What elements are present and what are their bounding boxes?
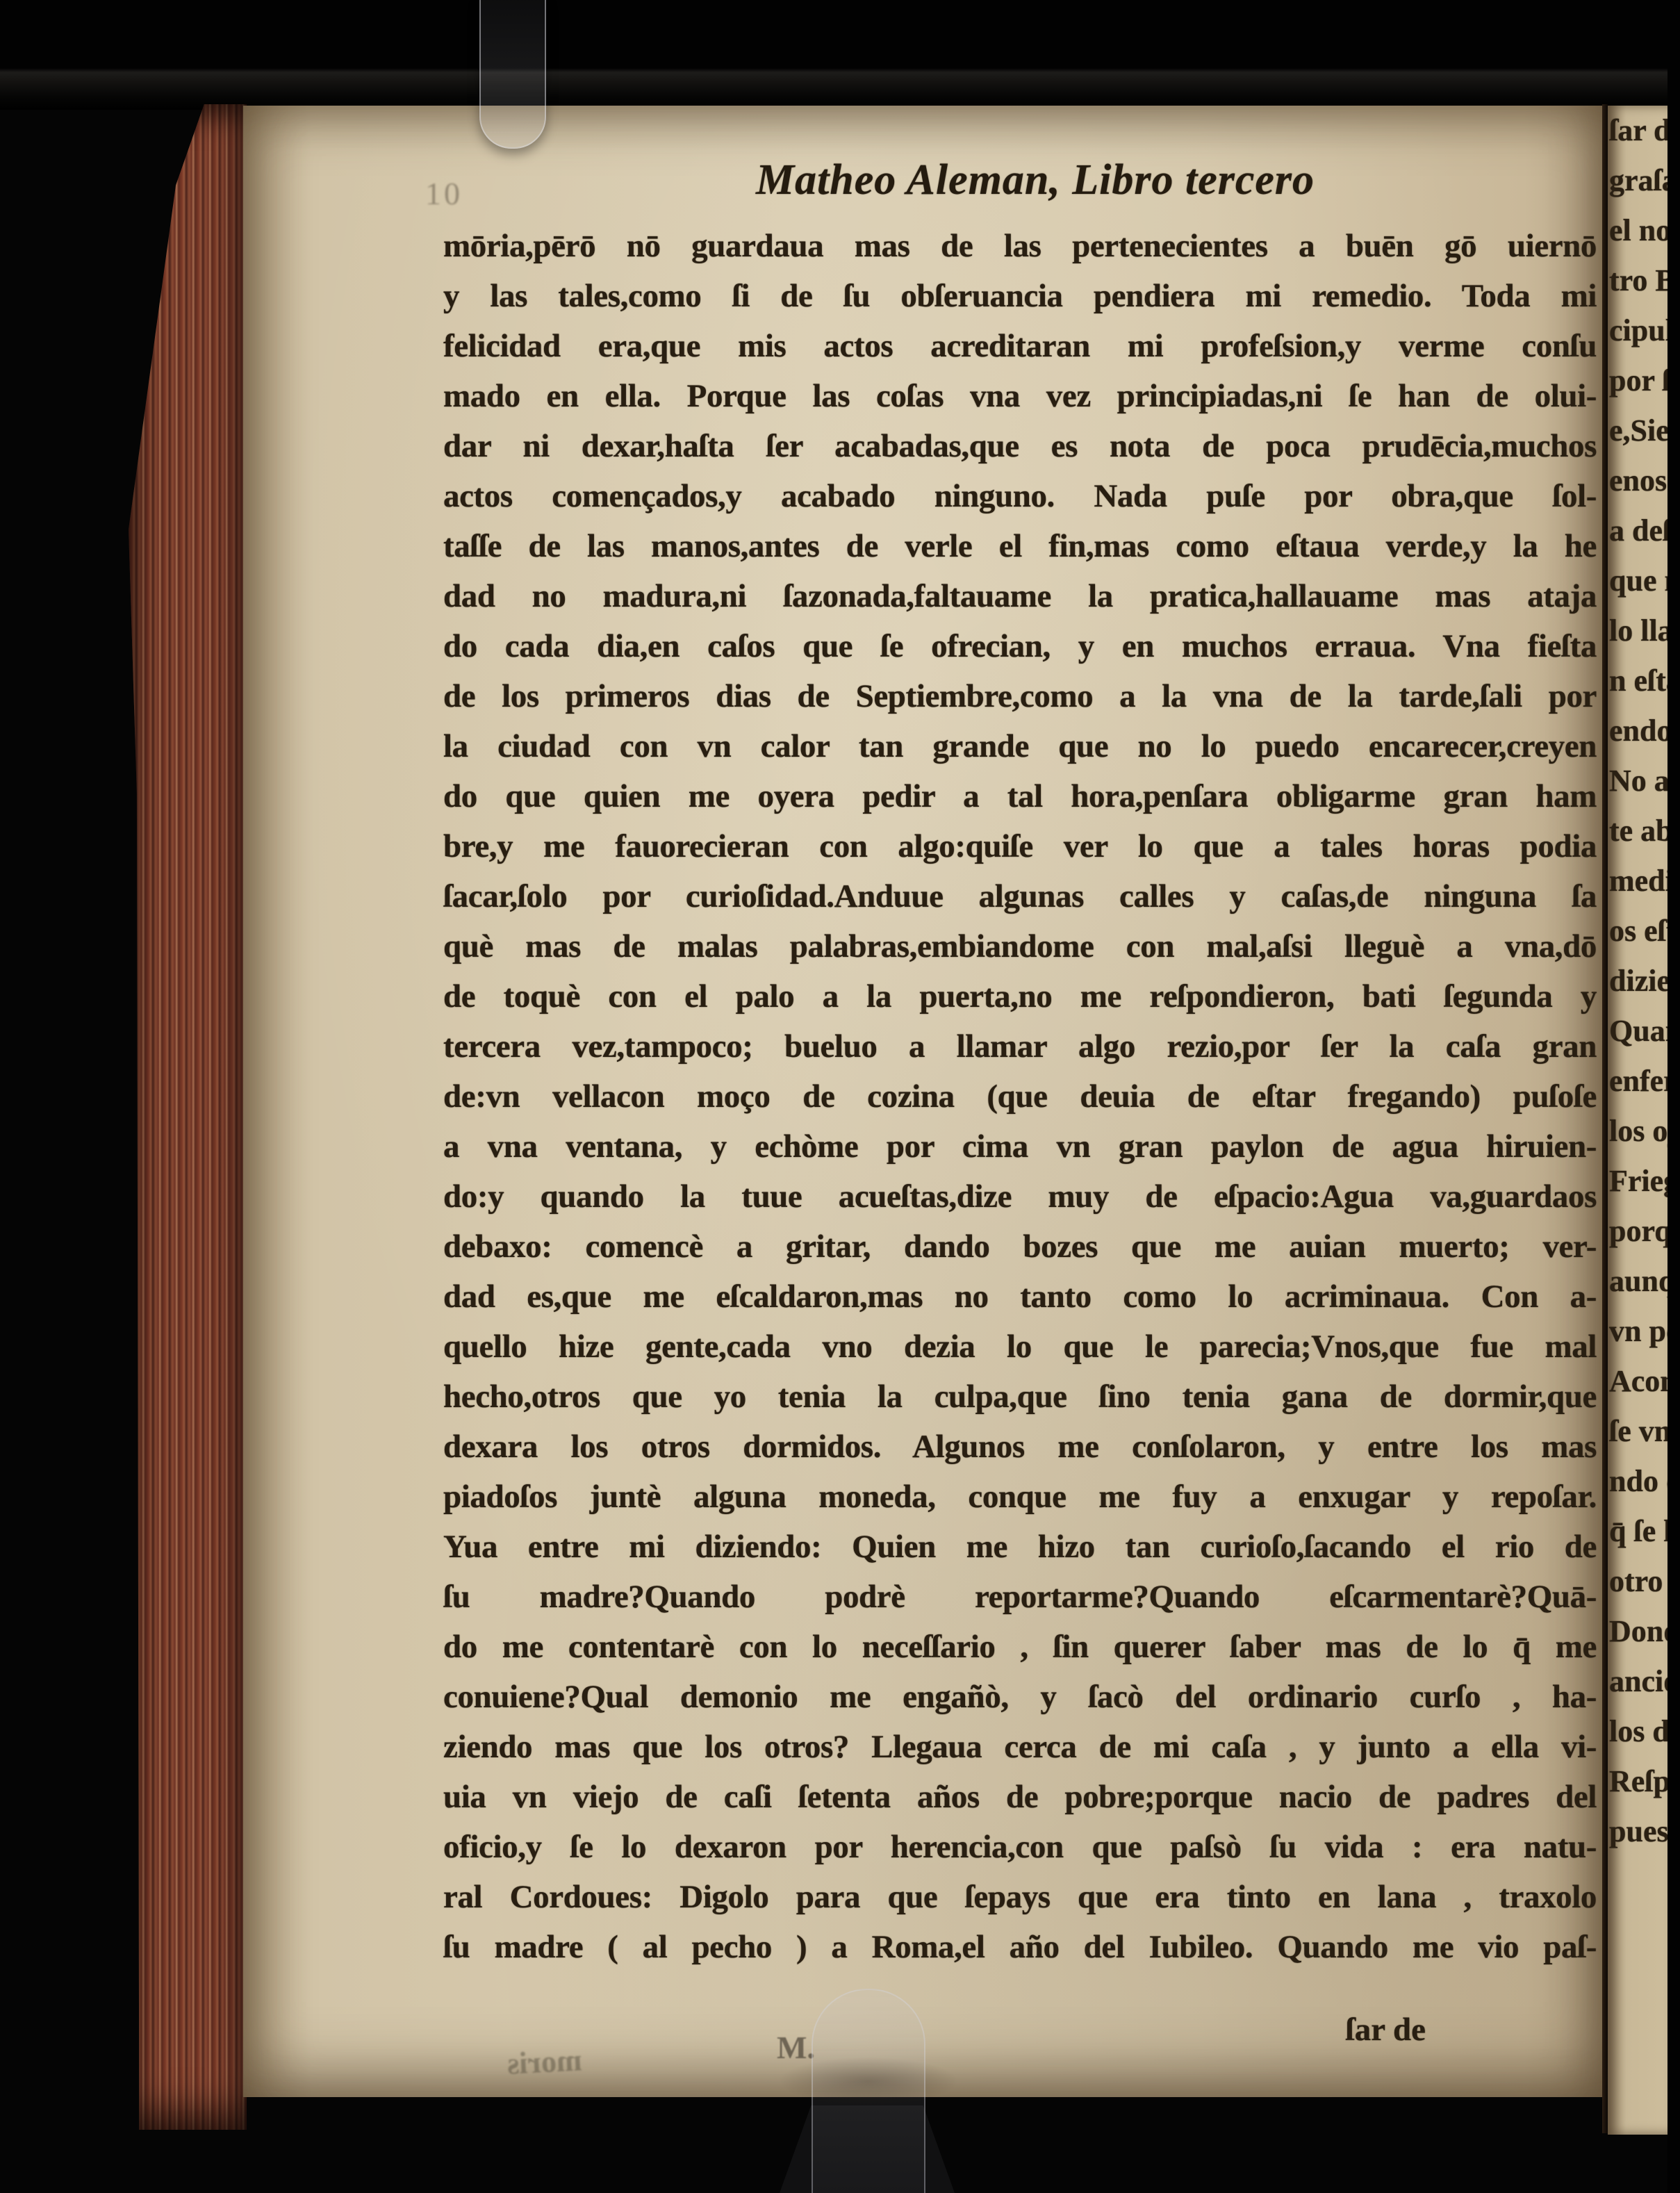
facing-page-text-fragment: porque no <box>1608 1206 1669 1256</box>
body-text-line: ſu madre?Quando podrè reportarme?Quando … <box>443 1572 1597 1622</box>
body-text-line: dad es,que me eſcaldaron,mas no tanto co… <box>443 1272 1597 1322</box>
body-text-line: piadoſos juntè alguna moneda, conque me … <box>443 1472 1597 1522</box>
facing-page-text-fragment: endo tiemp <box>1608 706 1669 756</box>
red-page-edge-stack <box>129 104 247 2130</box>
catchword: ſar de <box>1346 2011 1426 2048</box>
facing-page-text-fragment: lo llamán <box>1608 606 1669 656</box>
body-text-line: la ciudad con vn calor tan grande que no… <box>443 721 1597 771</box>
facing-page-text-fragment: los difuntos <box>1608 1707 1669 1757</box>
facing-page-text-fragment: que nadi <box>1608 556 1669 606</box>
body-text-line: do cada dia,en caſos que ſe ofrecian, y … <box>443 621 1597 671</box>
body-text-line: y las tales,como ſi de ſu obſeruancia pe… <box>443 271 1597 321</box>
facing-page-text-fragment: No abras p <box>1608 756 1669 806</box>
facing-page-sliver: ſar de aquegraſa,berçael no podiatro Ben… <box>1608 106 1669 2135</box>
facing-page-text-fragment: q̄ ſe las li <box>1608 1506 1669 1557</box>
facing-page-text-fragment: aunque ſea ſo <box>1608 1256 1669 1306</box>
body-text-line: mōria,pērō nō guardaua mas de las perten… <box>443 221 1597 271</box>
page-gutter-shadow <box>1602 104 1608 2133</box>
body-text-line: taſſe de las manos,antes de verle el fin… <box>443 521 1597 571</box>
body-text-line: hecho,otros que yo tenia la culpa,que ſi… <box>443 1372 1597 1422</box>
facing-page-text-fragment: te abriendo <box>1608 806 1669 856</box>
body-text-line: quello hize gente,cada vno dezia lo que … <box>443 1322 1597 1372</box>
body-text-line: a vna ventana, y echòme por cima vn gran… <box>443 1122 1597 1172</box>
facing-page-text-fragment: ndo que es <box>1608 1456 1669 1506</box>
body-text-line: ſacar,ſolo por curioſidad.Anduue algunas… <box>443 871 1597 921</box>
body-text-line: do:y quando la tuue acueſtas,dize muy de… <box>443 1172 1597 1222</box>
running-header: Matheo Aleman, Libro tercero <box>479 156 1591 205</box>
facing-page-text-fragment: graſa,berça <box>1608 156 1669 206</box>
body-text-line: oficio,y ſe lo dexaron por herencia,con … <box>443 1822 1597 1872</box>
facing-page-text-fragment: a deſaco <box>1608 506 1669 556</box>
facing-page-text-fragment: Reſpond <box>1608 1757 1669 1807</box>
body-text-line: dad no madura,ni ſazonada,faltauame la p… <box>443 571 1597 621</box>
facing-page-text-fragment: ſar de aque <box>1608 106 1669 156</box>
body-text-line: de toquè con el palo a la puerta,no me r… <box>443 971 1597 1021</box>
body-text-line: ral Cordoues: Digolo para que ſepays que… <box>443 1872 1597 1922</box>
facing-page-text-fragment: ancion,cr <box>1608 1657 1669 1707</box>
marbled-cover-edge <box>61 104 138 2140</box>
facing-page-text-fragment: por ſer de m <box>1608 356 1669 406</box>
facing-page-text-fragment: e,Sientate <box>1608 406 1669 456</box>
facing-page-text-fragment: media nalg <box>1608 856 1669 906</box>
facing-page-text-fragment: enos en l <box>1608 456 1669 506</box>
facing-page-text-fragment: enfermo,aun <box>1608 1056 1669 1106</box>
body-text-block: mōria,pērō nō guardaua mas de las perten… <box>443 221 1597 1972</box>
body-text-line: ziendo mas que los otros? Llegaua cerca … <box>443 1722 1597 1772</box>
body-text-line: dexara los otros dormidos. Algunos me co… <box>443 1422 1597 1472</box>
facing-page-text-fragment: vn pobre mas <box>1608 1306 1669 1356</box>
body-text-line: actos començados,y acabado ninguno. Nada… <box>443 471 1597 521</box>
facing-page-text-fragment: tro Beniti <box>1608 256 1669 306</box>
body-text-line: uia vn viejo de caſi ſetenta años de pob… <box>443 1772 1597 1822</box>
facing-page-text-fragment: Quando p <box>1608 1006 1669 1056</box>
body-text-line: Yua entre mi diziendo: Quien me hizo tan… <box>443 1522 1597 1572</box>
facing-page-text-fragment: cipulo. N <box>1608 306 1669 356</box>
facing-page-text-fragment: pues,que e <box>1608 1807 1669 1857</box>
body-text-line: dar ni dexar,haſta ſer acabadas,que es n… <box>443 421 1597 471</box>
body-text-line: bre,y me fauorecieran con algo:quiſe ver… <box>443 821 1597 871</box>
facing-page-text-fragment: ſe vn guan <box>1608 1406 1669 1456</box>
facing-page-text-fragment: Donde fu <box>1608 1607 1669 1657</box>
facing-page-text-fragment: otro a ſu <box>1608 1557 1669 1607</box>
page-number: 10 <box>425 175 463 212</box>
book-cover-top-edge <box>0 0 1680 110</box>
facing-page-text-fragment: el no podia <box>1608 206 1669 256</box>
facing-page-text-fragment: Friegate la <box>1608 1156 1669 1206</box>
facing-page-text-fragment: diziendo l <box>1608 956 1669 1006</box>
body-text-line: tercera vez,tampoco; bueluo a llamar alg… <box>443 1021 1597 1071</box>
body-text-line: conuiene?Qual demonio me engañò, y ſacò … <box>443 1672 1597 1722</box>
bleedthrough-text: moris <box>507 2042 583 2082</box>
body-text-line: do me contentarè con lo neceſſario , ſin… <box>443 1622 1597 1672</box>
facing-page-text-fragment: Acontecer <box>1608 1356 1669 1406</box>
body-text-line: debaxo: comencè a gritar, dando bozes qu… <box>443 1222 1597 1272</box>
facing-page-text-fragment: los ojos,la bo <box>1608 1106 1669 1156</box>
body-text-line: ſu madre ( al pecho ) a Roma,el año del … <box>443 1922 1597 1972</box>
book-page: 10 Matheo Aleman, Libro tercero mōria,pē… <box>243 106 1606 2097</box>
right-black-edge <box>1667 0 1680 2193</box>
body-text-line: què mas de malas palabras,embiandome con… <box>443 921 1597 971</box>
page-holder-clip-bottom <box>812 1989 925 2193</box>
body-text-line: de:vn vellacon moço de cozina (que deuia… <box>443 1071 1597 1122</box>
body-text-line: de los primeros dias de Septiembre,como … <box>443 671 1597 721</box>
body-text-line: mado en ella. Porque las coſas vna vez p… <box>443 371 1597 421</box>
facing-page-text-fragment: os eſtamos <box>1608 906 1669 956</box>
book-photograph: 10 Matheo Aleman, Libro tercero mōria,pē… <box>0 0 1680 2193</box>
facing-page-text-fragment: n eſtar,pue <box>1608 656 1669 706</box>
body-text-line: do que quien me oyera pedir a tal hora,p… <box>443 771 1597 821</box>
page-holder-clip-top <box>479 0 546 149</box>
body-text-line: felicidad era,que mis actos acreditaran … <box>443 321 1597 371</box>
